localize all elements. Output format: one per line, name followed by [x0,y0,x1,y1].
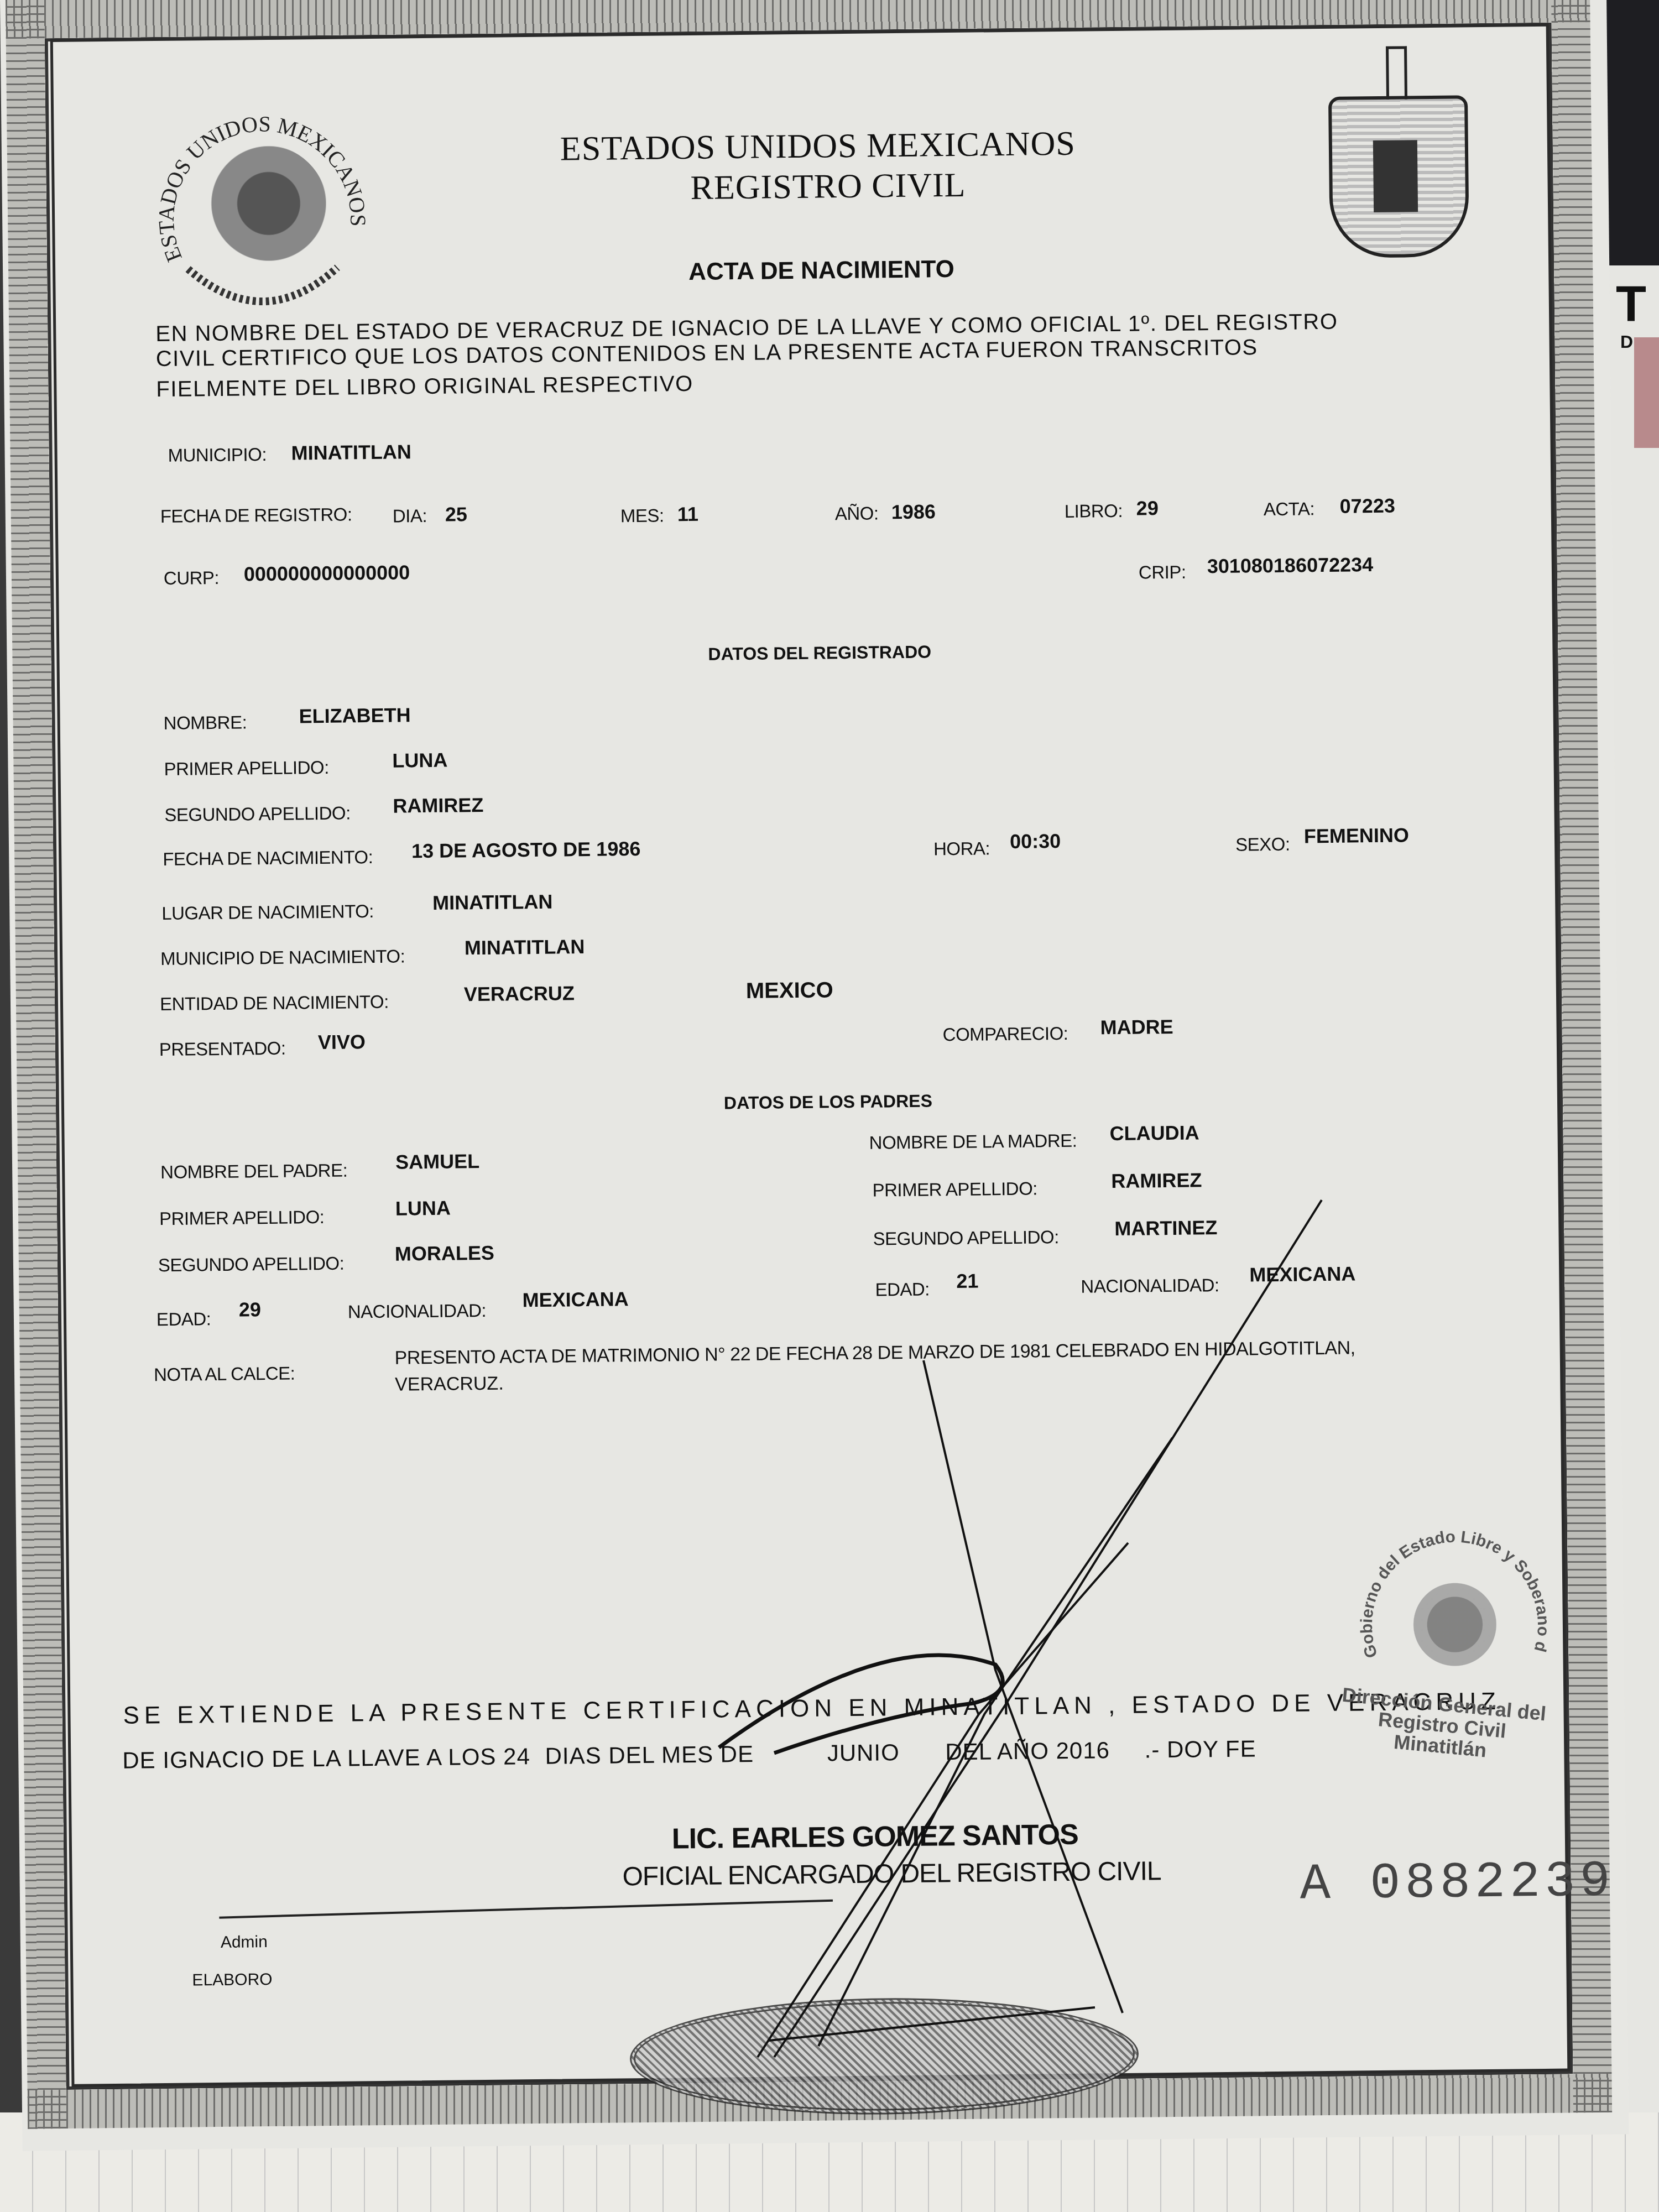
header-agency: REGISTRO CIVIL [690,166,966,208]
padre-nacionalidad-label: NACIONALIDAD: [348,1300,487,1323]
header-country: ESTADOS UNIDOS MEXICANOS [560,124,1076,169]
municipio-nacimiento-value: MINATITLAN [465,935,585,959]
nota-line-2: VERACRUZ. [395,1373,504,1396]
padre-nacionalidad-value: MEXICANA [522,1287,628,1312]
elaboro-user: Admin [221,1933,268,1952]
padre-primer-apellido-label: PRIMER APELLIDO: [159,1207,325,1229]
dia-label: DIA: [393,505,427,527]
municipio-label: MUNICIPIO: [168,444,267,466]
veracruz-coat-of-arms-icon [1306,45,1485,268]
madre-primer-apellido-label: PRIMER APELLIDO: [872,1178,1037,1201]
nombre-label: NOMBRE: [164,712,247,734]
madre-segundo-apellido-value: MARTINEZ [1114,1216,1217,1240]
background-card-letter-2: D [1620,332,1633,352]
curp-label: CURP: [164,567,220,589]
madre-nacionalidad-label: NACIONALIDAD: [1081,1275,1219,1297]
pais-nacimiento-value: MEXICO [746,978,833,1004]
nota-label: NOTA AL CALCE: [154,1363,295,1386]
anio-value: 1986 [891,500,936,524]
padre-segundo-apellido-label: SEGUNDO APELLIDO: [158,1253,345,1276]
presentado-value: VIVO [318,1030,366,1054]
acta-label: ACTA: [1264,498,1315,520]
madre-nombre-value: CLAUDIA [1109,1121,1199,1145]
padre-nombre-value: SAMUEL [395,1150,479,1174]
segundo-apellido-value: RAMIREZ [393,794,483,818]
anio-label: AÑO: [835,503,879,524]
section-datos-padres: DATOS DE LOS PADRES [724,1091,932,1113]
madre-nombre-label: NOMBRE DE LA MADRE: [869,1130,1077,1154]
crip-value: 301080186072234 [1207,553,1374,578]
acta-value: 07223 [1340,494,1396,518]
certification-year-label: DEL AÑO [945,1738,1049,1765]
birth-certificate: ESTADOS UNIDOS MEXICANOS ESTADOS UNIDOS … [0,0,1629,2151]
certification-year: 2016 [1056,1737,1110,1764]
hora-label: HORA: [933,838,990,859]
certification-month: JUNIO [827,1739,899,1766]
fecha-nacimiento-value: 13 DE AGOSTO DE 1986 [411,837,641,863]
municipio-value: MINATITLAN [291,440,411,465]
crip-label: CRIP: [1139,562,1186,583]
presentado-label: PRESENTADO: [159,1038,286,1060]
certification-day: 24 [503,1743,530,1770]
padre-primer-apellido-value: LUNA [395,1197,451,1220]
certification-days-label: DIAS DEL MES DE [545,1741,754,1769]
certification-prefix: DE IGNACIO DE LA LLAVE A LOS [122,1744,497,1773]
certification-doy-fe: .- DOY FE [1144,1735,1256,1762]
libro-label: LIBRO: [1065,500,1123,522]
lugar-nacimiento-label: LUGAR DE NACIMIENTO: [161,901,374,924]
eagle-emblem [195,143,330,278]
comparecio-label: COMPARECIO: [942,1023,1068,1045]
sexo-label: SEXO: [1235,834,1290,855]
padre-nombre-label: NOMBRE DEL PADRE: [160,1160,347,1183]
hora-value: 00:30 [1010,830,1061,853]
official-title: OFICIAL ENCARGADO DEL REGISTRO CIVIL [622,1856,1161,1892]
primer-apellido-value: LUNA [392,749,447,773]
primer-apellido-label: PRIMER APELLIDO: [164,757,329,780]
segundo-apellido-label: SEGUNDO APELLIDO: [164,802,351,826]
document-title: ACTA DE NACIMIENTO [688,255,954,286]
lugar-nacimiento-value: MINATITLAN [432,890,553,915]
padre-edad-value: 29 [239,1298,261,1321]
madre-edad-label: EDAD: [875,1279,930,1301]
fecha-nacimiento-label: FECHA DE NACIMIENTO: [163,847,373,870]
mes-label: MES: [620,505,664,526]
entidad-nacimiento-label: ENTIDAD DE NACIMIENTO: [160,992,389,1015]
entidad-nacimiento-value: VERACRUZ [464,982,575,1006]
mes-value: 11 [677,503,699,526]
comparecio-value: MADRE [1100,1015,1173,1039]
tower-emblem [1373,140,1418,212]
section-datos-registrado: DATOS DEL REGISTRADO [708,641,931,664]
madre-edad-value: 21 [956,1270,978,1293]
padre-segundo-apellido-value: MORALES [395,1241,494,1266]
nombre-value: ELIZABETH [299,703,410,728]
municipio-nacimiento-label: MUNICIPIO DE NACIMIENTO: [160,946,405,969]
folio-number: A 0882239 [1300,1853,1615,1914]
background-pink-object [1634,337,1659,448]
fecha-registro-label: FECHA DE REGISTRO: [160,504,352,527]
background-card-letter: T [1616,276,1646,333]
madre-primer-apellido-value: RAMIREZ [1111,1168,1202,1193]
elaboro-label: ELABORO [192,1970,272,1990]
official-name: LIC. EARLES GOMEZ SANTOS [672,1818,1078,1856]
padre-edad-label: EDAD: [156,1308,211,1330]
dia-value: 25 [445,503,467,526]
madre-segundo-apellido-label: SEGUNDO APELLIDO: [873,1227,1059,1250]
sexo-value: FEMENINO [1304,823,1409,848]
curp-value: 000000000000000 [244,561,410,586]
madre-nacionalidad-value: MEXICANA [1249,1262,1355,1286]
libro-value: 29 [1136,497,1159,520]
mexican-coat-of-arms-icon: ESTADOS UNIDOS MEXICANOS [142,90,382,330]
